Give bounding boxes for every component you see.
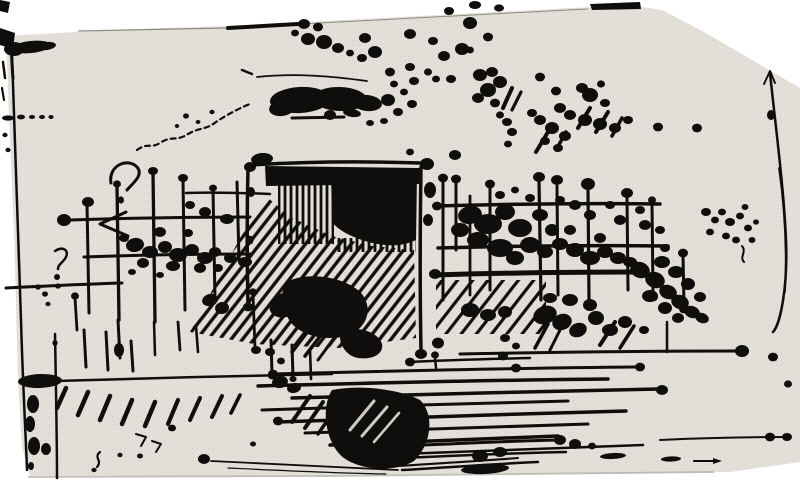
ink-dot	[175, 124, 179, 128]
ink-dot	[585, 94, 595, 102]
ink-dot	[438, 174, 448, 183]
ink-dot	[551, 175, 563, 185]
ink-dot	[618, 316, 632, 328]
ink-dot	[467, 232, 489, 248]
ink-dot	[493, 76, 507, 88]
ink-dot	[359, 33, 371, 43]
ink-dot	[52, 340, 57, 346]
ink-dot	[473, 69, 487, 81]
ink-dot	[480, 309, 496, 321]
ink-dot	[168, 425, 176, 432]
ink-dot	[209, 247, 221, 257]
ink-dot	[118, 196, 124, 203]
ink-dot	[534, 115, 546, 125]
ink-solid-blob	[0, 0, 10, 13]
ink-dot	[42, 291, 48, 296]
ink-dot	[57, 214, 71, 226]
ink-dot	[584, 210, 596, 220]
ink-dot	[238, 257, 252, 267]
ink-dot	[142, 246, 158, 258]
ink-dot	[400, 89, 408, 96]
ink-dot	[128, 269, 136, 275]
ink-stroke	[87, 204, 89, 313]
ink-dot	[508, 219, 532, 237]
ink-dot	[183, 229, 193, 237]
ink-dot	[301, 33, 315, 45]
ink-stroke	[3, 62, 5, 78]
ink-dot	[504, 141, 512, 148]
ink-dot	[117, 453, 122, 457]
ink-dot	[784, 380, 792, 387]
ink-dot	[316, 35, 332, 49]
ink-dot	[428, 37, 438, 45]
ink-dot	[732, 237, 740, 244]
ink-dot	[393, 108, 403, 116]
ink-dot	[424, 68, 432, 75]
ink-dot	[249, 288, 257, 295]
ink-dot	[553, 144, 563, 152]
ink-dot	[495, 191, 505, 199]
ink-dot	[113, 180, 121, 187]
ink-dot	[404, 29, 416, 39]
ink-dot	[313, 23, 323, 32]
ink-stroke	[131, 341, 133, 371]
ink-dot	[273, 417, 283, 426]
ink-dot	[45, 302, 50, 306]
ink-dot	[415, 349, 427, 359]
ink-dot	[289, 376, 296, 382]
ink-dot	[635, 363, 645, 372]
ink-dot	[635, 206, 645, 214]
ink-dot	[506, 251, 524, 265]
ink-dot	[658, 302, 672, 314]
ink-dot	[581, 178, 595, 190]
ink-stroke	[186, 193, 270, 194]
ink-dot	[461, 303, 479, 317]
ink-dot	[213, 264, 223, 272]
ink-stroke	[435, 357, 436, 368]
ink-dot	[409, 77, 419, 85]
ink-dot	[380, 118, 388, 124]
ink-dot	[25, 416, 35, 432]
ink-dot	[744, 225, 752, 232]
ink-stroke	[420, 167, 421, 351]
ink-sketch-canvas	[0, 0, 800, 482]
ink-dot	[498, 352, 508, 361]
ink-dot	[493, 447, 507, 457]
ink-dot	[472, 93, 484, 103]
ink-dot	[642, 290, 658, 302]
ink-dot	[158, 241, 172, 253]
ink-dot	[196, 120, 201, 124]
ink-stroke	[271, 340, 272, 374]
ink-dot	[653, 123, 663, 132]
ink-dot	[512, 343, 520, 350]
ink-dot	[420, 158, 434, 170]
ink-dot	[385, 68, 395, 77]
ink-dot	[511, 187, 519, 194]
ink-stroke	[213, 190, 215, 300]
ink-stroke	[237, 182, 239, 260]
ink-dot	[432, 338, 444, 349]
ink-dot	[166, 261, 180, 271]
ink-dot	[35, 284, 41, 289]
ink-dot	[91, 468, 96, 472]
ink-dot	[41, 443, 51, 455]
ink-dot	[507, 128, 517, 136]
ink-dot	[169, 248, 187, 262]
ink-dot	[28, 437, 40, 455]
ink-dot	[583, 299, 597, 311]
ink-dot	[423, 214, 433, 226]
ink-dot	[648, 196, 656, 203]
ink-dot	[725, 218, 735, 226]
ink-dot	[520, 237, 540, 253]
ink-dot	[525, 194, 535, 202]
ink-dot	[694, 292, 706, 302]
ink-vertical-hatch	[278, 182, 334, 244]
ink-dot	[498, 306, 512, 318]
ink-dot	[588, 443, 596, 450]
ink-dot	[185, 244, 199, 256]
ink-dot	[782, 433, 792, 441]
ink-dot	[119, 234, 129, 242]
ink-dot	[368, 46, 382, 58]
ink-dot	[511, 364, 521, 373]
ink-dot	[621, 188, 633, 198]
ink-dot	[559, 131, 571, 141]
ink-dot	[332, 43, 344, 53]
ink-dot	[451, 175, 461, 184]
ink-dot	[543, 293, 557, 303]
ink-dot	[432, 202, 442, 211]
ink-dot	[5, 148, 10, 152]
ink-stroke	[117, 186, 119, 320]
ink-dot	[767, 110, 775, 120]
ink-dot	[469, 1, 481, 9]
ink-stroke	[75, 298, 77, 330]
ink-dot	[597, 80, 605, 87]
ink-dot	[156, 272, 164, 278]
ink-dot	[154, 227, 166, 237]
ink-dot	[580, 251, 600, 265]
ink-dot	[381, 94, 395, 106]
ink-dot	[438, 51, 450, 61]
ink-dot	[178, 174, 188, 182]
ink-dot	[424, 182, 436, 198]
ink-dot	[552, 238, 568, 250]
ink-dot	[562, 294, 578, 306]
ink-dot	[765, 433, 775, 442]
ink-dot	[706, 229, 714, 236]
ink-stroke	[84, 330, 86, 367]
ink-dot	[472, 450, 488, 462]
ink-dot	[251, 346, 261, 354]
ink-dot	[533, 172, 545, 182]
ink-dot	[250, 442, 256, 447]
ink-stroke	[588, 190, 589, 300]
ink-dot	[532, 209, 548, 221]
ink-dot	[554, 435, 566, 445]
ink-dot	[28, 462, 34, 470]
ink-dot	[209, 110, 214, 114]
ink-dot	[692, 124, 702, 133]
ink-dot	[711, 217, 719, 224]
ink-stroke	[434, 272, 640, 275]
ink-dot	[537, 246, 553, 258]
ink-dot	[247, 187, 255, 197]
ink-dot	[609, 123, 621, 133]
ink-dot	[656, 385, 668, 395]
ink-dot	[672, 313, 684, 323]
ink-stroke	[106, 332, 108, 370]
ink-dot	[639, 326, 649, 334]
ink-dot	[749, 237, 756, 243]
ink-dot	[366, 120, 374, 126]
ink-dot	[496, 111, 504, 118]
ink-dot	[27, 395, 39, 413]
ink-dot	[39, 115, 45, 119]
ink-dot	[500, 334, 510, 342]
ink-stroke	[2, 88, 4, 100]
ink-dot	[298, 19, 310, 29]
ink-dot	[444, 7, 454, 15]
ink-dot	[535, 73, 545, 82]
ink-dot	[718, 209, 726, 216]
ink-dot	[701, 208, 711, 216]
ink-dot	[432, 76, 440, 83]
ink-dot	[463, 17, 477, 29]
ink-dot	[551, 87, 561, 96]
ink-dot	[71, 292, 79, 299]
ink-dot	[655, 226, 665, 234]
ink-dot	[185, 201, 195, 209]
ink-dot	[602, 324, 618, 336]
ink-dot	[753, 219, 759, 224]
ink-dot	[291, 30, 299, 37]
ink-dot	[48, 115, 53, 119]
ink-dot	[660, 244, 670, 252]
ink-dot	[527, 109, 537, 117]
ink-dot	[148, 167, 158, 175]
ink-dot	[668, 266, 684, 278]
ink-dot	[265, 348, 275, 356]
ink-dot	[198, 454, 210, 464]
ink-stroke	[154, 322, 155, 355]
ink-dot	[17, 115, 25, 120]
ink-dot	[2, 115, 14, 120]
ink-dot	[407, 100, 417, 108]
ink-dot	[495, 204, 515, 220]
ink-dot	[654, 256, 670, 268]
ink-dot	[55, 283, 61, 288]
ink-dot	[564, 225, 576, 235]
ink-dot	[54, 274, 60, 280]
ink-dot	[220, 214, 234, 224]
ink-dot	[593, 118, 607, 130]
ink-dot	[114, 343, 124, 357]
ink-dot	[406, 149, 414, 156]
ink-dot	[244, 162, 256, 172]
ink-dot	[722, 233, 730, 240]
ink-dot	[623, 116, 633, 124]
ink-dot	[137, 258, 149, 268]
ink-dot	[357, 54, 367, 62]
ink-dot	[277, 358, 285, 365]
ink-dot	[545, 122, 559, 134]
ink-dot	[554, 103, 566, 113]
ink-dot	[569, 439, 581, 449]
ink-dot	[446, 75, 456, 83]
ink-dot	[742, 204, 749, 210]
ink-stroke	[627, 198, 628, 290]
ink-dot	[449, 150, 461, 160]
ink-dot	[588, 311, 604, 325]
ink-dot	[346, 50, 354, 57]
ink-stroke	[292, 117, 344, 118]
ink-dot	[486, 67, 498, 77]
ink-dot	[540, 137, 550, 145]
ink-dot	[681, 278, 695, 290]
ink-dot	[490, 99, 500, 108]
ink-dot	[243, 303, 253, 312]
ink-dot	[224, 253, 236, 263]
scanned-ink-sketch	[0, 0, 800, 482]
ink-dot	[502, 118, 512, 126]
ink-stroke	[178, 322, 180, 350]
ink-dot	[736, 213, 744, 220]
ink-dot	[82, 197, 94, 207]
ink-dot	[199, 207, 211, 217]
ink-dot	[564, 110, 576, 120]
ink-dot	[451, 223, 469, 237]
ink-dot	[183, 113, 189, 118]
ink-solid-blob	[590, 2, 641, 10]
ink-dot	[137, 454, 143, 459]
ink-dot	[390, 81, 398, 88]
ink-dot	[2, 133, 7, 137]
ink-dot	[246, 236, 253, 245]
ink-dot	[466, 47, 474, 54]
ink-dot	[605, 201, 615, 209]
ink-stroke	[310, 349, 311, 379]
ink-dot	[614, 215, 626, 225]
ink-dot	[678, 249, 688, 258]
ink-dot	[485, 180, 495, 189]
ink-dot	[735, 345, 749, 357]
ink-dot	[600, 99, 610, 107]
ink-dot	[545, 224, 559, 236]
ink-dot	[639, 220, 651, 230]
ink-dot	[209, 185, 217, 192]
ink-stroke	[247, 167, 248, 304]
ink-dot	[405, 358, 415, 367]
ink-dot	[569, 200, 581, 210]
ink-dot	[494, 4, 504, 11]
ink-dot	[555, 196, 565, 204]
ink-stroke	[253, 294, 255, 348]
ink-dot	[768, 353, 778, 362]
ink-dot	[194, 263, 206, 273]
ink-stroke	[539, 181, 541, 300]
ink-dot	[483, 33, 493, 42]
ink-dot	[594, 233, 606, 243]
ink-dot	[29, 115, 35, 119]
ink-dot	[324, 110, 336, 120]
ink-stroke	[183, 180, 185, 310]
ink-dot	[578, 114, 592, 126]
ink-dot	[431, 351, 439, 358]
ink-dot	[405, 63, 415, 71]
ink-dot	[429, 269, 441, 279]
